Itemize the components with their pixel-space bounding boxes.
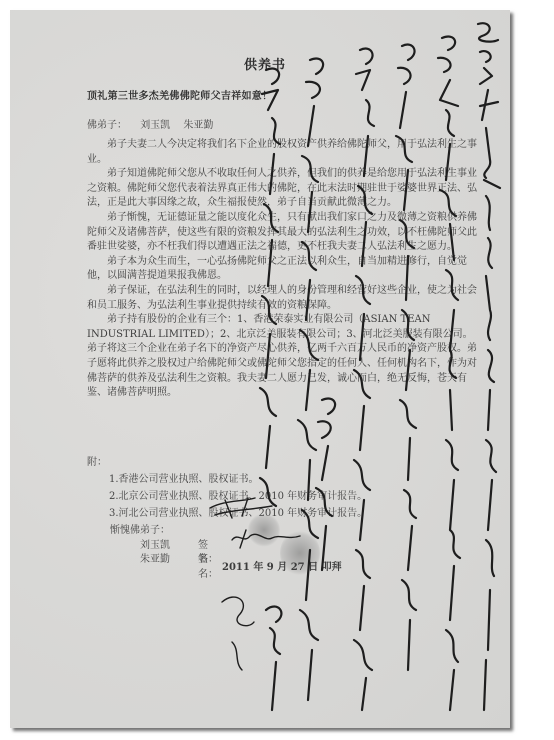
paragraph: 弟子保证，在弘法利生的同时，以经理人的身份管理和经营好这些企业，使之为社会和员工… — [87, 284, 477, 313]
attachment-item: 2.北京公司营业执照、股权证书、2010 年财务审计报告。 — [87, 488, 367, 505]
signature-row: 朱亚勤 签名： — [110, 553, 170, 568]
signature-heading: 惭愧佛弟子： — [110, 524, 170, 539]
attachments-section: 附： 1.香港公司营业执照、股权证书。 2.北京公司营业执照、股权证书、2010… — [87, 454, 367, 522]
signing-date: 2011 年 9 月 27 日 叩拜 — [222, 558, 342, 573]
greeting-line: 顶礼第三世多杰羌佛佛陀师父吉祥如意！ — [87, 87, 272, 102]
paragraph: 弟子本为众生而生，一心弘扬佛陀师父之正法以利众生，自当加精进修行，自觉觉他，以圆… — [87, 255, 477, 284]
scanned-document-page: 供养书 顶礼第三世多杰羌佛佛陀师父吉祥如意！ 佛弟子： 刘玉凯 朱亚勤 弟子夫妻… — [10, 10, 510, 728]
signature-block: 惭愧佛弟子： 刘玉凯 签名： 朱亚勤 签名： — [110, 524, 170, 568]
attachment-item: 1.香港公司营业执照、股权证书。 — [87, 471, 367, 488]
disciple-name: 刘玉凯 — [140, 120, 170, 131]
disciples-label: 佛弟子： — [87, 120, 127, 131]
document-title: 供养书 — [244, 54, 286, 73]
paragraph: 弟子惭愧，无证德证量之能以度化众生，只有献出我们家口之力及微薄之资粮供养佛陀师父… — [87, 211, 477, 255]
disciples-line: 佛弟子： 刘玉凯 朱亚勤 — [87, 116, 223, 131]
signer-name: 朱亚勤 — [140, 553, 170, 568]
paragraph: 弟子夫妻二人今决定将我们名下企业的股权资产供养给佛陀师父，用于弘法利生之事业。 — [87, 138, 477, 167]
attachments-label: 附： — [87, 454, 367, 471]
typed-letter: 供养书 顶礼第三世多杰羌佛佛陀师父吉祥如意！ 佛弟子： 刘玉凯 朱亚勤 弟子夫妻… — [10, 10, 510, 728]
thumbprint-mark — [248, 513, 280, 547]
signature-label: 签名： — [198, 553, 218, 582]
paragraph: 弟子持有股份的企业有三个：1、香港荣泰实业有限公司（ASIAN TEAN IND… — [87, 313, 477, 401]
signer-name: 刘玉凯 — [140, 539, 170, 554]
attachment-item: 3.河北公司营业执照、股权证书、2010 年财务审计报告。 — [87, 505, 367, 522]
paragraph: 弟子知道佛陀师父您从不收取任何人之供养，但我们的供养是给您用于弘法利生事业之资粮… — [87, 167, 477, 211]
signature-row: 刘玉凯 签名： — [110, 539, 170, 554]
letter-body: 弟子夫妻二人今决定将我们名下企业的股权资产供养给佛陀师父，用于弘法利生之事业。 … — [87, 138, 477, 401]
disciple-name: 朱亚勤 — [183, 120, 213, 131]
